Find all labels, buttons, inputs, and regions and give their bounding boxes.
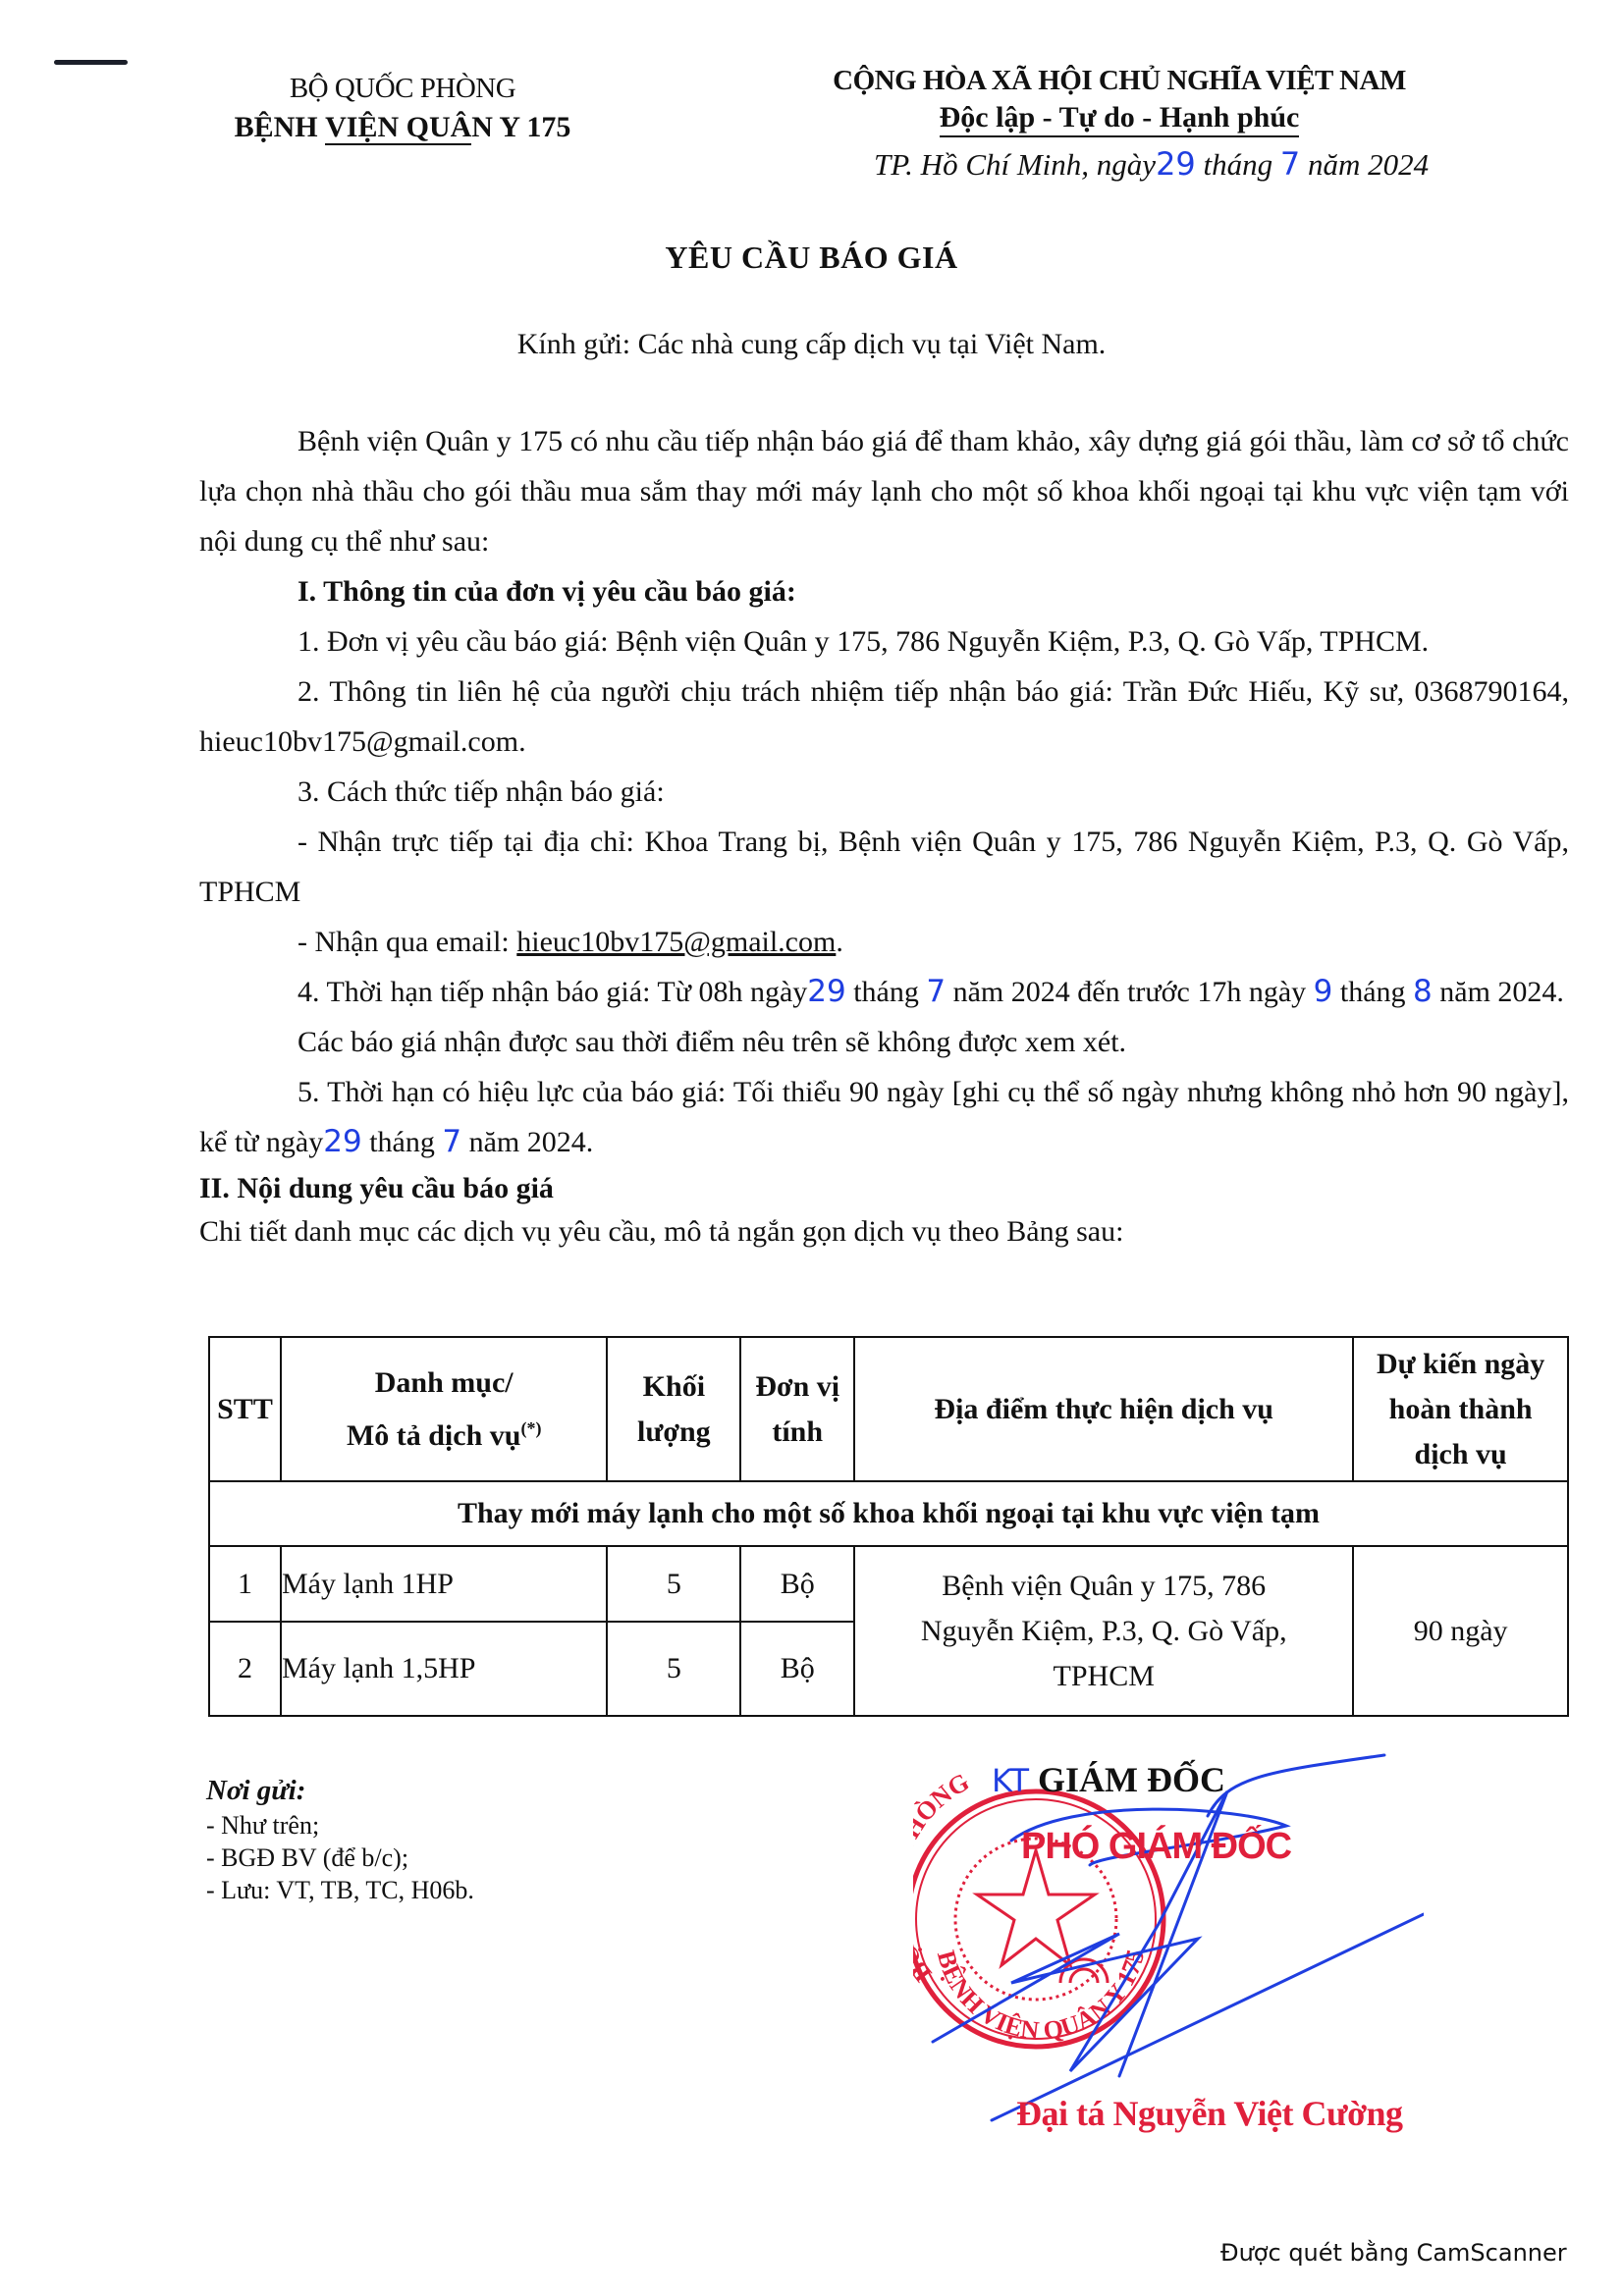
scan-artifact-mark (54, 60, 128, 65)
document-date: TP. Hồ Chí Minh, ngày29 tháng 7 năm 2024 (874, 145, 1429, 183)
hospital-name: BỆNH VIỆN QUÂN Y 175 (147, 108, 658, 147)
row-quantity: 5 (607, 1622, 740, 1716)
row-stt: 1 (209, 1546, 281, 1622)
section-2-heading: II. Nội dung yêu cầu báo giá (199, 1167, 1569, 1210)
signature-role: KT GIÁM ĐỐC (992, 1759, 1225, 1800)
signature-block: BỘ QUỐC PHÒNG BỆNH VIỆN QUÂN Y 175 KT GI… (913, 1747, 1424, 2160)
salutation: Kính gửi: Các nhà cung cấp dịch vụ tại V… (0, 328, 1623, 361)
quote-request-table: STT Danh mục/Mô tả dịch vụ(*) Khốilượng … (208, 1336, 1569, 1717)
document-title: YÊU CẦU BÁO GIÁ (0, 240, 1623, 276)
row-stt: 2 (209, 1622, 281, 1716)
handwritten-month: 7 (1280, 145, 1300, 183)
signer-name: Đại tá Nguyễn Việt Cường (1016, 2093, 1403, 2134)
late-submission-note: Các báo giá nhận được sau thời điểm nêu … (199, 1017, 1569, 1067)
recipients-block: Nơi gửi: - Như trên; - BGĐ BV (để b/c); … (206, 1772, 474, 1906)
validity-period: 5. Thời hạn có hiệu lực của báo giá: Tối… (199, 1067, 1569, 1167)
row-unit: Bộ (740, 1546, 854, 1622)
handwritten-day: 29 (1156, 145, 1196, 183)
national-motto: Độc lập - Tự do - Hạnh phúc (940, 100, 1300, 137)
row-description: Máy lạnh 1,5HP (281, 1622, 607, 1716)
section-1-heading: I. Thông tin của đơn vị yêu cầu báo giá: (199, 566, 1569, 616)
receiving-method-heading: 3. Cách thức tiếp nhận báo giá: (199, 767, 1569, 817)
col-stt: STT (209, 1337, 281, 1481)
receiving-email: - Nhận qua email: hieuc10bv175@gmail.com… (199, 917, 1569, 967)
row-unit: Bộ (740, 1622, 854, 1716)
recipient-item: - BGĐ BV (để b/c); (206, 1842, 474, 1874)
email-link[interactable]: hieuc10bv175@gmail.com (516, 926, 836, 958)
requester-info: 1. Đơn vị yêu cầu báo giá: Bệnh viện Quâ… (199, 616, 1569, 667)
section-2-intro: Chi tiết danh mục các dịch vụ yêu cầu, m… (199, 1210, 1569, 1254)
table-group-row: Thay mới máy lạnh cho một số khoa khối n… (209, 1481, 1568, 1546)
handwritten-to-month: 8 (1413, 974, 1433, 1009)
handwritten-to-day: 9 (1314, 974, 1333, 1009)
handwritten-validity-month: 7 (442, 1124, 461, 1159)
ministry-name: BỘ QUỐC PHÒNG (147, 69, 658, 108)
row-quantity: 5 (607, 1546, 740, 1622)
national-header: CỘNG HÒA XÃ HỘI CHỦ NGHĨA VIỆT NAM Độc l… (766, 61, 1473, 137)
row-description: Máy lạnh 1HP (281, 1546, 607, 1622)
recipients-heading: Nơi gửi: (206, 1772, 474, 1809)
row-completion: 90 ngày (1353, 1546, 1568, 1716)
country-name: CỘNG HÒA XÃ HỘI CHỦ NGHĨA VIỆT NAM (766, 61, 1473, 100)
col-location: Địa điểm thực hiện dịch vụ (854, 1337, 1353, 1481)
scanner-watermark: Được quét bằng CamScanner (1220, 2239, 1567, 2267)
hospital-name-underline: VIỆN QUÂ (325, 112, 471, 145)
issuer-header: BỘ QUỐC PHÒNG BỆNH VIỆN QUÂN Y 175 (147, 69, 658, 147)
group-title: Thay mới máy lạnh cho một số khoa khối n… (209, 1481, 1568, 1546)
contact-info: 2. Thông tin liên hệ của người chịu trác… (199, 667, 1569, 767)
handwritten-from-month: 7 (926, 974, 946, 1009)
col-completion: Dự kiến ngàyhoàn thànhdịch vụ (1353, 1337, 1568, 1481)
handwritten-validity-day: 29 (323, 1124, 361, 1159)
receiving-direct: - Nhận trực tiếp tại địa chỉ: Khoa Trang… (199, 817, 1569, 917)
col-quantity: Khốilượng (607, 1337, 740, 1481)
table-header-row: STT Danh mục/Mô tả dịch vụ(*) Khốilượng … (209, 1337, 1568, 1481)
receiving-deadline: 4. Thời hạn tiếp nhận báo giá: Từ 08h ng… (199, 967, 1569, 1017)
handwritten-from-day: 29 (807, 974, 845, 1009)
recipient-item: - Như trên; (206, 1809, 474, 1842)
recipient-item: - Lưu: VT, TB, TC, H06b. (206, 1874, 474, 1906)
row-location: Bệnh viện Quân y 175, 786Nguyễn Kiệm, P.… (854, 1546, 1353, 1716)
col-unit: Đơn vịtính (740, 1337, 854, 1481)
svg-text:BỆNH VIỆN QUÂN Y 175: BỆNH VIỆN QUÂN Y 175 (932, 1947, 1150, 2045)
table-row: 1 Máy lạnh 1HP 5 Bộ Bệnh viện Quân y 175… (209, 1546, 1568, 1622)
intro-paragraph: Bệnh viện Quân y 175 có nhu cầu tiếp nhậ… (199, 416, 1569, 566)
col-description: Danh mục/Mô tả dịch vụ(*) (281, 1337, 607, 1481)
signature-deputy-title: PHÓ GIÁM ĐỐC (1021, 1826, 1291, 1868)
document-body: Bệnh viện Quân y 175 có nhu cầu tiếp nhậ… (199, 416, 1569, 1254)
